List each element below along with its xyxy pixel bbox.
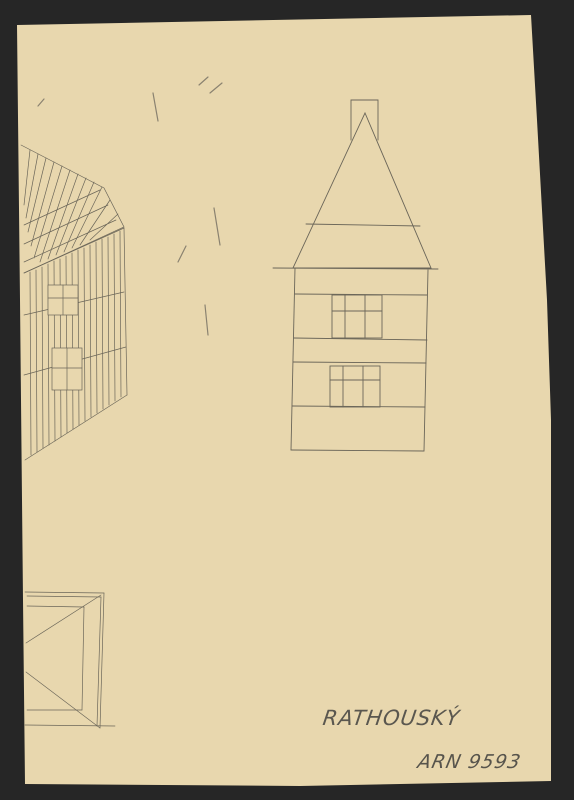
artist-signature: RATHOUSKÝ: [321, 706, 461, 730]
inventory-number: ARN 9593: [416, 751, 523, 773]
drawing-sheet: [0, 0, 574, 800]
